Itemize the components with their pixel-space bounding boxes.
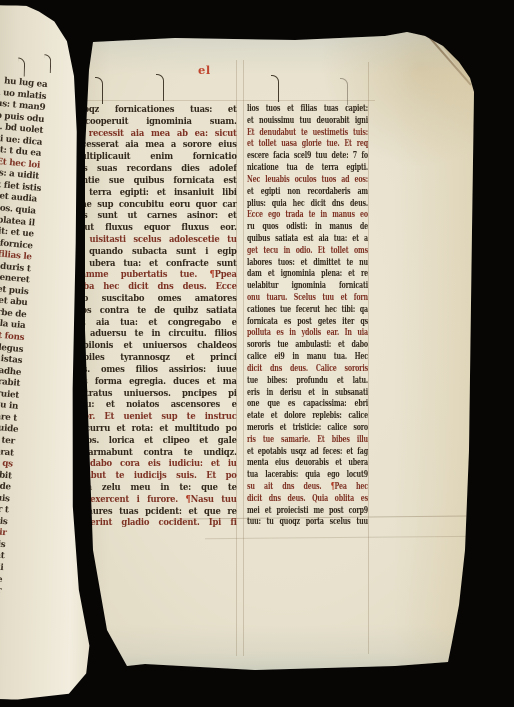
manuscript-line: et epotabis usqz ad feces: et fag [247, 447, 368, 459]
rubricated-capital: et tollet uasa glorie tue. [247, 139, 344, 149]
manuscript-line: lios tuos et filias tuas capiet: [247, 104, 368, 116]
rubricated-capital: cce ego trada te in manus eo [252, 210, 368, 220]
ascender-flourish [271, 75, 279, 102]
rubricated-capital: denudabut te uestimetis tuis: [254, 128, 368, 138]
rubricated-capital: Et [344, 139, 351, 149]
manuscript-line: babilonis et uniuersos chaldeos [72, 340, 237, 352]
manuscript-line: plius: quia hec dicit dns deus. [247, 199, 368, 211]
manuscript-line: quor. Et ueniet sup te instruc [72, 411, 237, 423]
manuscript-line: onu tuaru. Scelus tuu et forn [247, 293, 368, 305]
manuscript-line: meroris et tristicie: calice soro [247, 423, 368, 435]
manuscript-line: a armabunt contra te undiqz. [72, 447, 237, 459]
rubricated-capital: po [216, 470, 237, 481]
rubricated-capital: dicit dns deus. [247, 494, 312, 504]
rubricated-capital: req [352, 139, 368, 149]
rubricated-capital: Et [72, 458, 82, 469]
text-column-left: quoqz fornicationes tuas: etdiscooperuit… [72, 104, 237, 529]
rubricated-capital: tollet oms [325, 246, 368, 256]
facing-page-text: hu lug eath uo mlatisus: t man9r fup pui… [0, 74, 48, 597]
manuscript-photo: el quoqz fornicationes tuas: etdiscooper… [0, 0, 514, 707]
manuscript-line: cipu: et noiatos ascensores e [72, 399, 237, 411]
rubricated-capital: mamme pubertatis tue. [72, 269, 209, 280]
manuscript-line: tua lacerabis: quia ego locut9 [247, 470, 368, 482]
manuscript-line: mei et proiecisti me post corp9 [247, 506, 368, 518]
manuscript-line: Et uisitasti scelus adolescetie tu [72, 234, 237, 246]
fold-crease-line [428, 36, 471, 85]
manuscript-line: nes sunt ut carnes asinor: et [72, 210, 237, 222]
manuscript-line: calice ei9 in manu tua. Hec [247, 352, 368, 364]
manuscript-line: labores tuos: et dimittet te nu [247, 258, 368, 270]
manuscript-line: dicabut te iudicijs suis. Et po [72, 470, 237, 482]
rubricated-capital: quor. [72, 411, 104, 422]
rubricated-capital: ueniet sup te instruc [114, 411, 237, 422]
manuscript-line: quoqz fornicationes tuas: et [72, 104, 237, 116]
rubricated-capital: dicabut te iudicijs suis. [72, 470, 206, 481]
manuscript-line: e: quando subacta sunt i egip [72, 246, 237, 258]
rubricated-capital: d si uir [0, 526, 7, 539]
manuscript-line: Nec leuabis oculos tuos ad eos: [247, 175, 368, 187]
manuscript-line: ru quos odisti: in manus de [247, 222, 368, 234]
manuscript-line: tuu: tu quoqz porta scelus tuu [247, 517, 368, 529]
manuscript-line: recesserat aia mea a sorore eius [72, 139, 237, 151]
text-column-right: lios tuos et filias tuas capiet:et nouis… [247, 104, 368, 529]
ruling-line [65, 100, 375, 101]
ascender-flourish [156, 74, 164, 101]
rubricated-capital: cu exercent i furore. [72, 494, 186, 505]
rubricated-capital: alice sororis [321, 364, 368, 374]
manuscript-line: multiplicauit enim fornicatio [72, 151, 237, 163]
rubricated-capital: Ecce [216, 281, 237, 292]
manuscript-line: pes. omes filios assirios: iuue [72, 364, 237, 376]
manuscript-line: tuos contra te de quibz satiata [72, 305, 237, 317]
manuscript-line: dine sup concubitu eoru quor car [72, 199, 237, 211]
manuscript-line: gistratus uniuersos. pncipes pi [72, 388, 237, 400]
manuscript-line: nam zelu meu in te: que te [72, 482, 237, 494]
manuscript-line: dam et ignominia plena: et re [247, 269, 368, 281]
manuscript-line: sororis tue ambulasti: et dabo [247, 340, 368, 352]
manuscript-line: et tollet uasa glorie tue. Et req [247, 139, 368, 151]
manuscript-line: su ait dns deus. ¶Pea hec [247, 482, 368, 494]
manuscript-line: maserint gladio cocident. Ipi fi [72, 517, 237, 529]
rubricated-capital: maserint gladio cocident. [72, 517, 209, 528]
rubricated-capital: Et [318, 246, 325, 256]
manuscript-line: one que es capacissima: ebri [247, 399, 368, 411]
manuscript-line: in terra egipti: et insaniuit libi [72, 187, 237, 199]
manuscript-line: eris in derisu et in subsanati [247, 388, 368, 400]
manuscript-line: polluta es in ydolis ear. In uia [247, 328, 368, 340]
rubricated-capital: su ait dns deus. [247, 482, 331, 492]
manuscript-line: nes forma egregia. duces et ma [72, 376, 237, 388]
rubricated-capital: Et [317, 435, 324, 445]
rubricated-capital: dabo cora eis iudiciu: et iu [82, 458, 237, 469]
manuscript-line: uelabitur ignominia fornicati [247, 281, 368, 293]
manuscript-line: ego suscitabo omes amatores [72, 293, 237, 305]
manuscript-line: nes suas recordans dies adolef [72, 163, 237, 175]
manuscript-line: sicut fluxus equor fluxus eor. [72, 222, 237, 234]
manuscript-line: nobiles tyrannosqz et princi [72, 352, 237, 364]
manuscript-line: discooperuit ignominia suam. [72, 116, 237, 128]
manuscript-line: centie sue quibus fornicata est [72, 175, 237, 187]
rubricated-capital: pi fi [213, 517, 237, 528]
ascender-flourish [18, 58, 25, 77]
manuscript-line: mamme pubertatis tue. ¶Ppea [72, 269, 237, 281]
rubricated-capital: ec leuabis oculos tuos ad eos: [253, 175, 368, 185]
manuscript-line: to ubera tua: et confracte sunt [72, 258, 237, 270]
horizontal-crease [205, 536, 478, 539]
ascender-flourish [340, 78, 348, 105]
rubricated-capital: Pea hec [335, 482, 368, 492]
manuscript-line: oliba hec dicit dns deus. Ecce [72, 281, 237, 293]
manuscript-line: tue bibes: profundu et latu. [247, 376, 368, 388]
rubricated-capital: ris tue samarie. [247, 435, 317, 445]
rubricated-capital: celus tuu et forn [298, 293, 368, 303]
manuscript-line: escere facia scel9 tuu dete: 7 fo [247, 151, 368, 163]
manuscript-line: Et denudabut te uestimetis tuis: [247, 128, 368, 140]
rubricated-capital: Nasu tuu [191, 494, 237, 505]
manuscript-line: etate et dolore replebis: calice [247, 411, 368, 423]
manuscript-line: Et dabo cora eis iudiciu: et iu [72, 458, 237, 470]
rubricated-capital: Et [206, 470, 216, 481]
rubricated-capital: Et [104, 411, 114, 422]
manuscript-line: cationes tue fecerut hec tibi: qa [247, 305, 368, 317]
rubricated-capital: uia oblita es [317, 494, 368, 504]
manuscript-line: Ecce ego trada te in manus eo [247, 210, 368, 222]
manuscript-line: fornicata es post getes iter qs [247, 317, 368, 329]
rubricated-capital: Ppea [215, 269, 237, 280]
rubricated-capital: get tecu in odio. [247, 246, 318, 256]
manuscript-line: dicit dns deus. Quia oblita es [247, 494, 368, 506]
manuscript-line: pulos. lorica et clipeo et gale [72, 435, 237, 447]
manuscript-line: os aduersu te in circuitu. filios [72, 328, 237, 340]
ruling-line [368, 62, 369, 654]
manuscript-line: nicatione tua de terra egipti. [247, 163, 368, 175]
manuscript-line: ti curru et rota: et multitudo po [72, 423, 237, 435]
manuscript-line: et aures tuas pcident: et que re [72, 506, 237, 518]
ascender-flourish [95, 77, 103, 104]
rubricated-capital: n uia [347, 328, 368, 338]
rubricated-capital: recessit aia mea ab ea: sicut [82, 128, 237, 139]
ascender-flourish [44, 54, 51, 73]
recto-page: el quoqz fornicationes tuas: etdiscooper… [55, 30, 478, 672]
rubricated-capital: polluta es in ydolis ear. [247, 328, 345, 338]
manuscript-line: menta eius deuorabis et ubera [247, 458, 368, 470]
manuscript-line: et nouissimu tuu deuorabit igni [247, 116, 368, 128]
manuscript-line: et egipti non recordaberis am [247, 187, 368, 199]
manuscript-line: ris tue samarie. Et bibes illu [247, 435, 368, 447]
rubricated-capital: onu tuaru. [247, 293, 294, 303]
rubricated-capital: oliba hec dicit dns deus. [72, 281, 216, 292]
manuscript-line: quibus satiata est aia tua: et a [247, 234, 368, 246]
manuscript-line: get tecu in odio. Et tollet oms [247, 246, 368, 258]
manuscript-line: cu exercent i furore. ¶Nasu tuu [72, 494, 237, 506]
rubricated-capital: dicit dns deus. [247, 364, 316, 374]
manuscript-line: dicit dns deus. Calice sororis [247, 364, 368, 376]
manuscript-line: est aia tua: et congregabo e [72, 317, 237, 329]
ruling-line [243, 60, 244, 656]
rubricated-capital: uisitasti scelus adolescetie tu [82, 234, 237, 245]
rubricated-capital: bibes illu [325, 435, 368, 445]
manuscript-line: Et recessit aia mea ab ea: sicut [72, 128, 237, 140]
running-title: el [198, 63, 211, 77]
